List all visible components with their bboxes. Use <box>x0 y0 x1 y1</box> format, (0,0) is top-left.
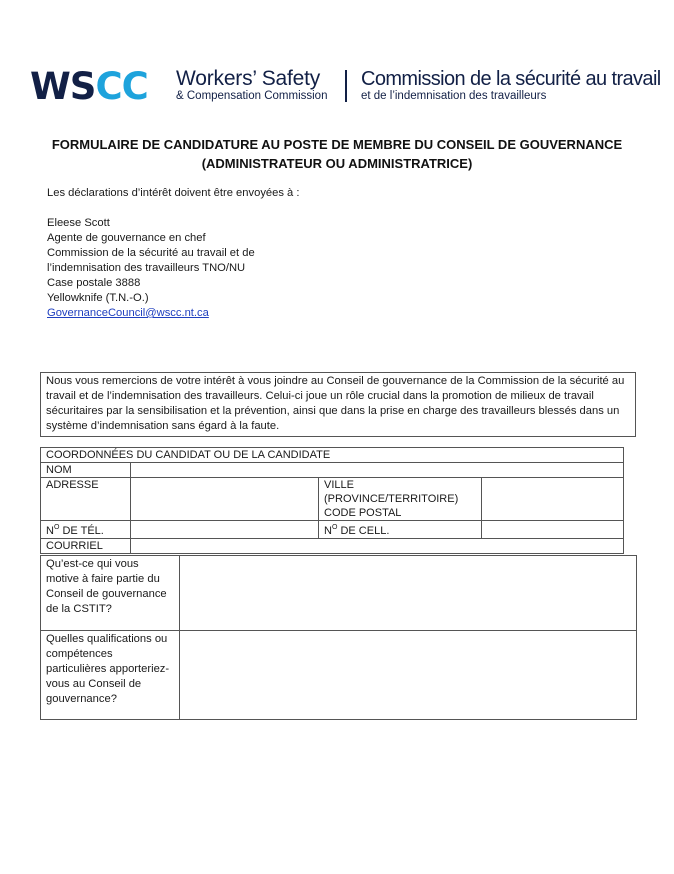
address-line: Case postale 3888 <box>47 276 300 291</box>
address-line: Commission de la sécurité au travail et … <box>47 246 300 261</box>
phone-field[interactable] <box>131 521 319 539</box>
org-name-fr-line1: Commission de la sécurité au travail <box>361 68 661 90</box>
form-title-line1: FORMULAIRE DE CANDIDATURE AU POSTE DE ME… <box>30 135 644 154</box>
address-intro: Les déclarations d’intérêt doivent être … <box>47 186 300 201</box>
name-label: NOM <box>41 463 131 478</box>
cell-label: NO DE CELL. <box>319 521 482 539</box>
address-line: l’indemnisation des travailleurs TNO/NU <box>47 261 300 276</box>
email-label: COURRIEL <box>41 539 131 554</box>
address-line: Yellowknife (T.N.-O.) <box>47 291 300 306</box>
form-title: FORMULAIRE DE CANDIDATURE AU POSTE DE ME… <box>30 135 644 173</box>
address-field[interactable] <box>131 478 319 521</box>
contact-table-heading: COORDONNÉES DU CANDIDAT OU DE LA CANDIDA… <box>41 448 624 463</box>
city-postal-label: VILLE (PROVINCE/TERRITOIRE) CODE POSTAL <box>319 478 482 521</box>
phone-label: NO DE TÉL. <box>41 521 131 539</box>
contact-info-table: COORDONNÉES DU CANDIDAT OU DE LA CANDIDA… <box>40 447 624 554</box>
email-field[interactable] <box>131 539 624 554</box>
question-motivation: Qu’est-ce qui vous motive à faire partie… <box>41 556 180 631</box>
form-title-line2: (ADMINISTRATEUR OU ADMINISTRATRICE) <box>30 154 644 173</box>
address-line: Agente de gouvernance en chef <box>47 231 300 246</box>
postal-code-label: CODE POSTAL <box>324 506 476 520</box>
mailing-address-block: Les déclarations d’intérêt doivent être … <box>47 186 300 321</box>
wscc-logo: WSCC <box>30 64 148 108</box>
address-line: Eleese Scott <box>47 216 300 231</box>
city-label: VILLE (PROVINCE/TERRITOIRE) <box>324 478 476 506</box>
org-name-french: Commission de la sécurité au travail et … <box>361 68 661 103</box>
org-name-en-line1: Workers’ Safety <box>176 68 327 90</box>
answer-qualifications-field[interactable] <box>180 631 637 720</box>
intro-text-box: Nous vous remercions de votre intérêt à … <box>40 372 636 437</box>
org-name-fr-line2: et de l’indemnisation des travailleurs <box>361 90 661 103</box>
address-label: ADRESSE <box>41 478 131 521</box>
org-name-en-line2: & Compensation Commission <box>176 90 327 103</box>
wscc-wordmark: WSCC <box>30 68 148 105</box>
cell-field[interactable] <box>482 521 624 539</box>
answer-motivation-field[interactable] <box>180 556 637 631</box>
city-postal-field[interactable] <box>482 478 624 521</box>
questions-table: Qu’est-ce qui vous motive à faire partie… <box>40 555 637 720</box>
logo-divider <box>345 70 347 102</box>
email-link[interactable]: GovernanceCouncil@wscc.nt.ca <box>47 307 209 319</box>
org-name-english: Workers’ Safety & Compensation Commissio… <box>176 68 327 103</box>
question-qualifications: Quelles qualifications ou compétences pa… <box>41 631 180 720</box>
name-field[interactable] <box>131 463 624 478</box>
